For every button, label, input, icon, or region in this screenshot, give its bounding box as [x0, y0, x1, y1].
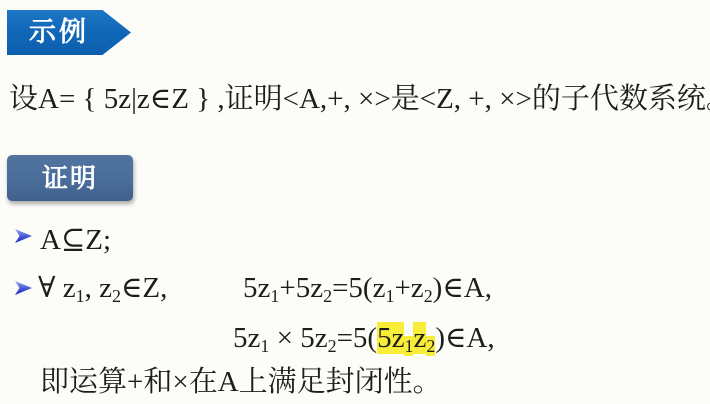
example-badge-label: 示例 — [7, 19, 89, 46]
arrow-bullet-icon — [14, 280, 33, 296]
proof-step-quantifier: ∀ z1, z2∈Z, — [38, 270, 167, 309]
proof-equation-product: 5z1 × 5z2=5(5z1z2)∈A, — [233, 320, 495, 359]
arrow-bullet-icon — [14, 228, 33, 244]
proof-conclusion: 即运算+和×在A上满足封闭性。 — [40, 363, 442, 401]
problem-statement: 设A= { 5z|z∈Z } ,证明<A,+, ×>是<Z, +, ×>的子代数… — [9, 79, 705, 119]
proof-badge-label: 证明 — [42, 165, 98, 191]
example-badge: 示例 — [7, 10, 131, 55]
presentation-slide: 示例 设A= { 5z|z∈Z } ,证明<A,+, ×>是<Z, +, ×>的… — [0, 0, 710, 404]
proof-step-subset: A⊆Z; — [40, 222, 111, 258]
proof-badge: 证明 — [7, 155, 133, 201]
proof-equation-sum: 5z1+5z2=5(z1+z2)∈A, — [243, 270, 492, 309]
